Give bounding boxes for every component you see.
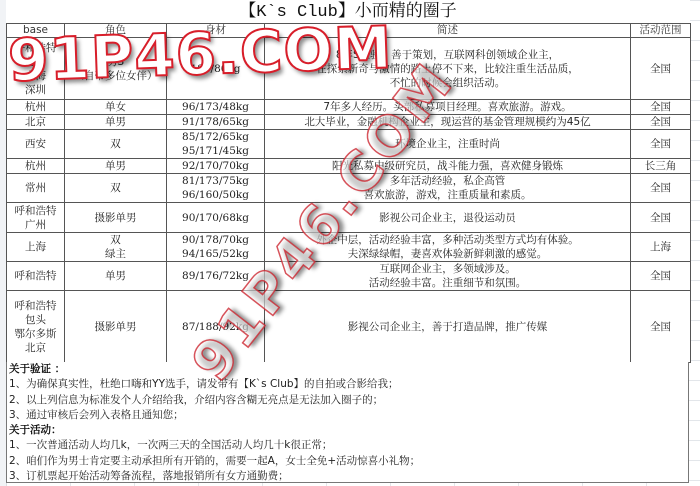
cell-base-line: 上海 — [9, 240, 62, 254]
header-scope[interactable]: 活动范围 — [631, 24, 691, 38]
cell-scope-line: 上海 — [633, 240, 688, 254]
cell-scope-line: 全国 — [633, 62, 688, 76]
table-row: 呼和浩特单男89/176/72kg互联网企业主，多领域涉及。活动经验丰富。注重细… — [7, 262, 691, 291]
cell-summary[interactable]: 多年活动经验，私企高管喜欢旅游，游戏，注重质量和素质。 — [265, 174, 631, 203]
cell-role-line: 摄影单男 — [67, 211, 164, 225]
activity-item: 1、一次普通活动人均几k，一次两三天的全国活动人均几十k很正常； — [9, 438, 688, 453]
cell-scope-line: 全国 — [633, 320, 688, 334]
cell-body-size[interactable]: 90/178/70kg94/165/52kg — [167, 233, 265, 262]
cell-role-line: 绿主 — [67, 247, 164, 261]
cell-role-line: 单男 — [67, 115, 164, 129]
cell-summary-line: 北大毕业，金融机构企业主，现运营的基金管理规模约为45亿 — [267, 115, 628, 129]
cell-base-line: 北京 — [9, 341, 62, 355]
cell-base-line: 广州 — [9, 218, 62, 232]
cell-base-line: 呼和浩特 — [9, 41, 62, 55]
table-row: 常州双81/173/75kg96/160/50kg多年活动经验，私企高管喜欢旅游… — [7, 174, 691, 203]
cell-role-line: 单男 — [67, 269, 164, 283]
verification-item: 1、为确保真实性，杜绝口嗨和YY选手，请发带有【K`s Club】的自拍或合影给… — [9, 377, 688, 392]
cell-body-size-line: 91/178/65kg — [169, 115, 262, 129]
cell-base[interactable]: 呼和浩特北京上海深圳 — [7, 38, 65, 100]
cell-base[interactable]: 杭州 — [7, 159, 65, 174]
cell-body-size-line: 96/173/48kg — [169, 100, 262, 114]
cell-role-line: 男S — [67, 55, 164, 69]
cell-role[interactable]: 单男 — [65, 159, 167, 174]
cell-body-size-line: 81/173/75kg — [169, 174, 262, 188]
cell-role[interactable]: 单男 — [65, 262, 167, 291]
cell-summary[interactable]: 阳光私募中级研究员，战斗能力强，喜欢健身锻炼 — [265, 159, 631, 174]
cell-scope[interactable]: 全国 — [631, 115, 691, 130]
cell-scope[interactable]: 全国 — [631, 174, 691, 203]
cell-role-line: 双 — [67, 137, 164, 151]
header-summary[interactable]: 简述 — [265, 24, 631, 38]
cell-scope[interactable]: 全国 — [631, 100, 691, 115]
cell-base[interactable]: 西安 — [7, 130, 65, 159]
cell-base[interactable]: 呼和浩特 — [7, 262, 65, 291]
cell-summary-line: 7年多人经历。头部私募项目经理。喜欢旅游。游戏。 — [267, 100, 628, 114]
cell-base-line: 常州 — [9, 181, 62, 195]
activity-heading: 关于活动： — [9, 423, 688, 438]
table-row: 呼和浩特包头鄂尔多斯北京摄影单男87/188/92kg影视公司企业主，善于打造品… — [7, 291, 691, 363]
cell-scope[interactable]: 全国 — [631, 203, 691, 233]
cell-summary[interactable]: 环境企业主，注重时尚 — [265, 130, 631, 159]
cell-body-size-line: 90/170/68kg — [169, 211, 262, 225]
cell-body-size-line: 89/176/72kg — [169, 269, 262, 283]
cell-scope[interactable]: 全国 — [631, 262, 691, 291]
cell-base[interactable]: 呼和浩特广州 — [7, 203, 65, 233]
cell-role-line: 单男 — [67, 159, 164, 173]
cell-summary-line: 互联网企业主，多领域涉及。 — [267, 262, 628, 276]
activity-item: 3、订机票起开始活动筹备流程，落地报销所有女方通勤费； — [9, 469, 688, 484]
title-club-name: K`s Club — [256, 3, 338, 22]
cell-base-line: 呼和浩特 — [9, 269, 62, 283]
cell-base[interactable]: 北京 — [7, 115, 65, 130]
cell-body-size[interactable]: 85/172/65kg95/171/45kg — [167, 130, 265, 159]
cell-scope[interactable]: 长三角 — [631, 159, 691, 174]
cell-scope-line: 长三角 — [633, 159, 688, 173]
cell-base-line: 杭州 — [9, 100, 62, 114]
cell-base-line: 北京 — [9, 115, 62, 129]
cell-scope[interactable]: 上海 — [631, 233, 691, 262]
cell-scope-line: 全国 — [633, 100, 688, 114]
cell-summary[interactable]: 影视公司企业主，善于打造品牌，推广传媒 — [265, 291, 631, 363]
cell-body-size[interactable]: 96/173/48kg — [167, 100, 265, 115]
cell-summary-line: 夫深绿绿帽，妻喜欢体验新鲜刺激的感觉。 — [267, 247, 628, 261]
cell-body-size[interactable]: 92/170/70kg — [167, 159, 265, 174]
table-row: 西安双85/172/65kg95/171/45kg环境企业主，注重时尚全国 — [7, 130, 691, 159]
cell-base-line: 呼和浩特 — [9, 299, 62, 313]
cell-role[interactable]: 双 — [65, 130, 167, 159]
cell-scope-line: 全国 — [633, 115, 688, 129]
activity-item: 2、咱们作为男士肯定要主动承担所有开销的，需要一起A，女士全免+活动惊喜小礼物； — [9, 454, 688, 469]
cell-summary-line: 阳光私募中级研究员，战斗能力强，喜欢健身锻炼 — [267, 159, 628, 173]
cell-summary[interactable]: 北大毕业，金融机构企业主，现运营的基金管理规模约为45亿 — [265, 115, 631, 130]
cell-scope[interactable]: 全国 — [631, 130, 691, 159]
cell-base-line: 上海 — [9, 69, 62, 83]
cell-base[interactable]: 常州 — [7, 174, 65, 203]
cell-summary-line: 8年S经验，善于策划，互联网科创领域企业主， — [267, 48, 628, 62]
cell-body-size-line: 85/172/65kg — [169, 130, 262, 144]
cell-summary-line: 影视公司企业主，善于打造品牌，推广传媒 — [267, 320, 628, 334]
cell-scope-line: 全国 — [633, 181, 688, 195]
cell-body-size-line: 87/188/92kg — [169, 320, 262, 334]
cell-body-size-line: 94/165/52kg — [169, 247, 262, 261]
cell-scope-line: 全国 — [633, 137, 688, 151]
cell-summary-line: 不忙的时候会组织活动。 — [267, 76, 628, 90]
cell-body-size-line: 96/160/50kg — [169, 188, 262, 202]
cell-role[interactable]: 摄影单男 — [65, 291, 167, 363]
member-roster-table: base 角色 身材 简述 活动范围 呼和浩特北京上海深圳男S（自带多位女伴）1… — [6, 23, 691, 363]
table-row: 上海双绿主90/178/70kg94/165/52kg外企中层，活动经验丰富，多… — [7, 233, 691, 262]
page-title: 【K`s Club】小而精的圈子 — [6, 0, 690, 23]
cell-role[interactable]: 单男 — [65, 115, 167, 130]
table-row: 呼和浩特广州摄影单男90/170/68kg影视公司企业主，退役运动员全国 — [7, 203, 691, 233]
header-role[interactable]: 角色 — [65, 24, 167, 38]
cell-summary[interactable]: 影视公司企业主，退役运动员 — [265, 203, 631, 233]
cell-scope[interactable]: 全国 — [631, 38, 691, 100]
table-row: 北京单男91/178/65kg北大毕业，金融机构企业主，现运营的基金管理规模约为… — [7, 115, 691, 130]
verification-item: 3、通过审核后会列入表格且通知您； — [9, 408, 688, 423]
cell-body-size[interactable]: 81/173/75kg96/160/50kg — [167, 174, 265, 203]
cell-role[interactable]: 男S（自带多位女伴） — [65, 38, 167, 100]
cell-base-line: 呼和浩特 — [9, 204, 62, 218]
cell-base[interactable]: 呼和浩特包头鄂尔多斯北京 — [7, 291, 65, 363]
cell-body-size[interactable]: 89/176/72kg — [167, 262, 265, 291]
verification-item: 2、以上列信息为标准发个人介绍给我，介绍内容含糊无亮点是无法加入圈子的； — [9, 393, 688, 408]
title-suffix: 】小而精的圈子 — [338, 1, 457, 21]
cell-body-size[interactable]: 183/80kg — [167, 38, 265, 100]
table-row: 杭州单女96/173/48kg7年多人经历。头部私募项目经理。喜欢旅游。游戏。全… — [7, 100, 691, 115]
cell-role-line: （自带多位女伴） — [67, 69, 164, 83]
cell-scope-line: 全国 — [633, 211, 688, 225]
cell-base-line: 包头 — [9, 313, 62, 327]
table-row: 呼和浩特北京上海深圳男S（自带多位女伴）183/80kg8年S经验，善于策划，互… — [7, 38, 691, 100]
table-header-row: base 角色 身材 简述 活动范围 — [7, 24, 691, 38]
cell-summary-line: 环境企业主，注重时尚 — [267, 137, 628, 151]
cell-role[interactable]: 双 — [65, 174, 167, 203]
cell-body-size-line: 95/171/45kg — [169, 144, 262, 158]
cell-summary-line: 在探索新奇与激情的路上停不下来，比较注重生活品质， — [267, 62, 628, 76]
cell-base-line: 杭州 — [9, 159, 62, 173]
cell-summary-line: 外企中层，活动经验丰富，多种活动类型方式均有体验。 — [267, 233, 628, 247]
cell-base-line: 鄂尔多斯 — [9, 327, 62, 341]
cell-scope[interactable]: 全国 — [631, 291, 691, 363]
verification-heading: 关于验证 ： — [9, 362, 688, 377]
cell-base-line: 北京 — [9, 55, 62, 69]
cell-summary-line: 多年活动经验，私企高管 — [267, 174, 628, 188]
cell-summary-line: 活动经验丰富。注重细节和氛围。 — [267, 276, 628, 290]
cell-summary[interactable]: 7年多人经历。头部私募项目经理。喜欢旅游。游戏。 — [265, 100, 631, 115]
cell-body-size[interactable]: 90/170/68kg — [167, 203, 265, 233]
notes-section: 关于验证 ： 1、为确保真实性，杜绝口嗨和YY选手，请发带有【K`s Club】… — [6, 362, 689, 483]
cell-role[interactable]: 双绿主 — [65, 233, 167, 262]
cell-summary[interactable]: 互联网企业主，多领域涉及。活动经验丰富。注重细节和氛围。 — [265, 262, 631, 291]
cell-role-line: 单女 — [67, 100, 164, 114]
cell-role[interactable]: 摄影单男 — [65, 203, 167, 233]
cell-body-size-line: 92/170/70kg — [169, 159, 262, 173]
cell-base[interactable]: 上海 — [7, 233, 65, 262]
title-prefix: 【 — [239, 1, 256, 21]
table-row: 杭州单男92/170/70kg阳光私募中级研究员，战斗能力强，喜欢健身锻炼长三角 — [7, 159, 691, 174]
cell-base-line: 深圳 — [9, 83, 62, 97]
header-body[interactable]: 身材 — [167, 24, 265, 38]
cell-body-size[interactable]: 91/178/65kg — [167, 115, 265, 130]
cell-base-line: 西安 — [9, 137, 62, 151]
cell-role-line: 摄影单男 — [67, 320, 164, 334]
cell-body-size[interactable]: 87/188/92kg — [167, 291, 265, 363]
cell-summary[interactable]: 8年S经验，善于策划，互联网科创领域企业主，在探索新奇与激情的路上停不下来，比较… — [265, 38, 631, 100]
cell-summary[interactable]: 外企中层，活动经验丰富，多种活动类型方式均有体验。夫深绿绿帽，妻喜欢体验新鲜刺激… — [265, 233, 631, 262]
cell-body-size-line: 183/80kg — [169, 62, 262, 76]
cell-summary-line: 影视公司企业主，退役运动员 — [267, 211, 628, 225]
cell-base[interactable]: 杭州 — [7, 100, 65, 115]
cell-summary-line: 喜欢旅游，游戏，注重质量和素质。 — [267, 188, 628, 202]
cell-body-size-line: 90/178/70kg — [169, 233, 262, 247]
cell-scope-line: 全国 — [633, 269, 688, 283]
cell-role[interactable]: 单女 — [65, 100, 167, 115]
cell-role-line: 双 — [67, 181, 164, 195]
cell-role-line: 双 — [67, 233, 164, 247]
header-base[interactable]: base — [7, 24, 65, 38]
